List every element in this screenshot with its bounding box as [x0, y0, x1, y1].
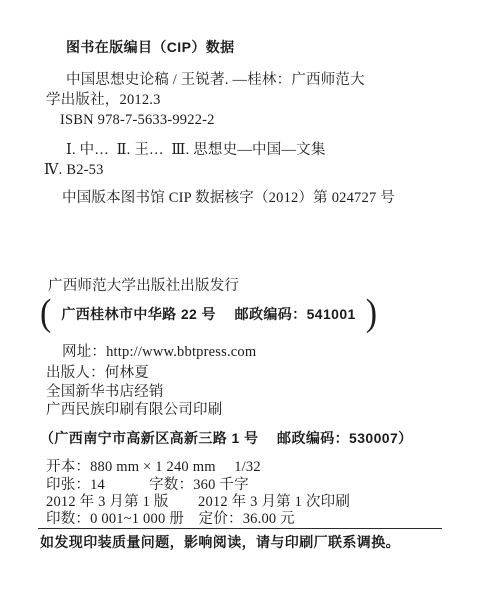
- divider: [38, 528, 442, 529]
- printer-address-line: （广西南宁市高新区高新三路 1 号 邮政编码：530007）: [40, 429, 413, 448]
- cip-record-number: 中国版本图书馆 CIP 数据核字（2012）第 024727 号: [62, 189, 395, 208]
- book-colophon-page: 图书在版编目（CIP）数据 中国思想史论稿 / 王锐著. —桂林：广西师范大 学…: [0, 0, 500, 615]
- isbn-line: ISBN 978-7-5633-9922-2: [60, 111, 215, 130]
- publisher-line: 广西师范大学出版社出版发行: [48, 277, 239, 296]
- right-paren-glyph: ): [366, 295, 377, 333]
- publisher-person-line: 出版人：何林夏: [46, 364, 149, 383]
- classification-line-1: Ⅰ. 中… Ⅱ. 王… Ⅲ. 思想史—中国—文集: [66, 141, 326, 160]
- left-paren-glyph: (: [40, 295, 51, 333]
- book-title-line-wrap: 学出版社，2012.3: [46, 91, 161, 110]
- website-line: 网址：http://www.bbtpress.com: [62, 343, 256, 362]
- classification-line-2: Ⅳ. B2-53: [44, 161, 104, 180]
- book-title-line: 中国思想史论稿 / 王锐著. —桂林：广西师范大: [66, 71, 365, 90]
- publisher-address: 广西桂林市中华路 22 号 邮政编码：541001: [57, 304, 359, 324]
- printer-line: 广西民族印刷有限公司印刷: [46, 401, 222, 420]
- print-run-price-line: 印数：0 001~1 000 册 定价：36.00 元: [46, 510, 295, 529]
- format-line: 开本：880 mm × 1 240 mm 1/32: [46, 458, 261, 477]
- publisher-address-row: ( 广西桂林市中华路 22 号 邮政编码：541001 ): [40, 297, 377, 331]
- quality-notice: 如发现印装质量问题，影响阅读，请与印刷厂联系调换。: [40, 533, 400, 552]
- cip-heading: 图书在版编目（CIP）数据: [66, 38, 235, 57]
- distribution-line: 全国新华书店经销: [46, 383, 164, 402]
